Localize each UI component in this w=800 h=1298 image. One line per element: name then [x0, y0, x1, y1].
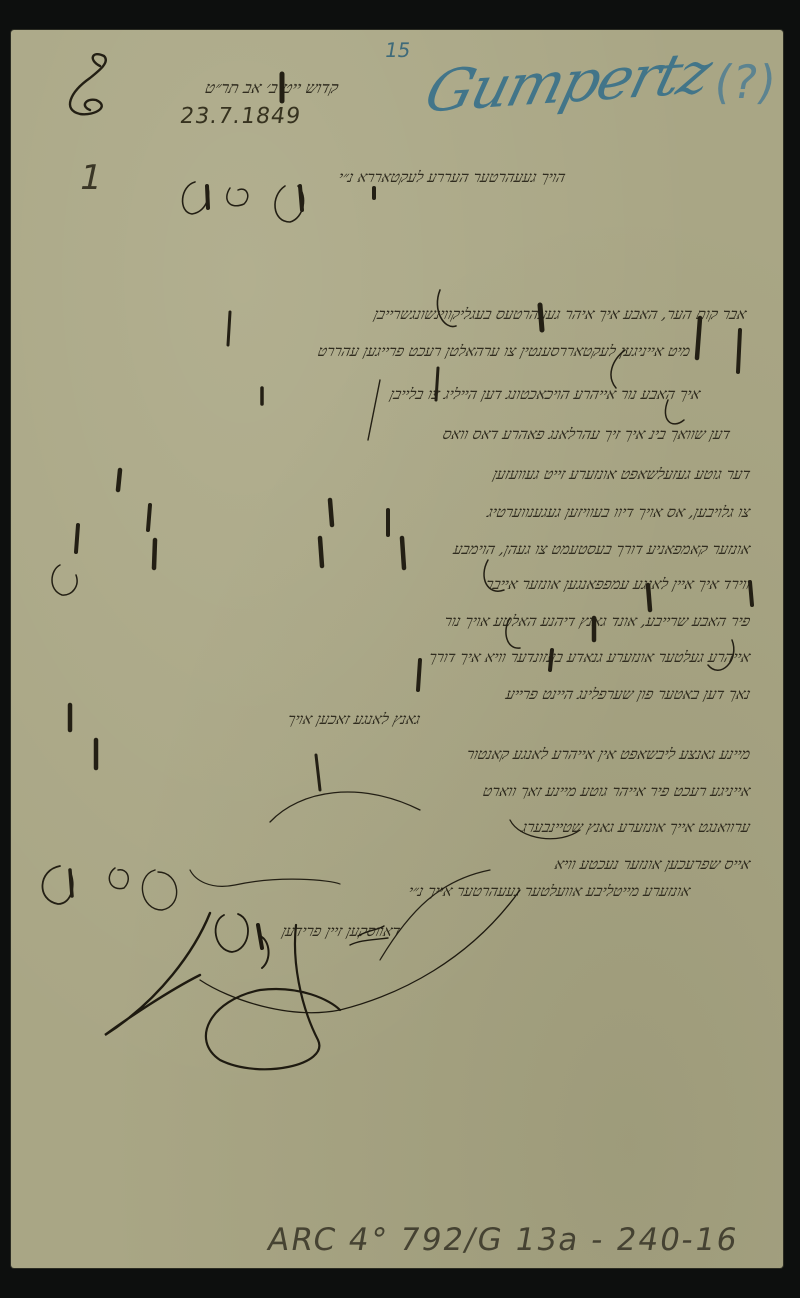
ink-flourishes [0, 0, 800, 1298]
signature [105, 890, 520, 1069]
initial-flourish-icon [70, 54, 106, 114]
